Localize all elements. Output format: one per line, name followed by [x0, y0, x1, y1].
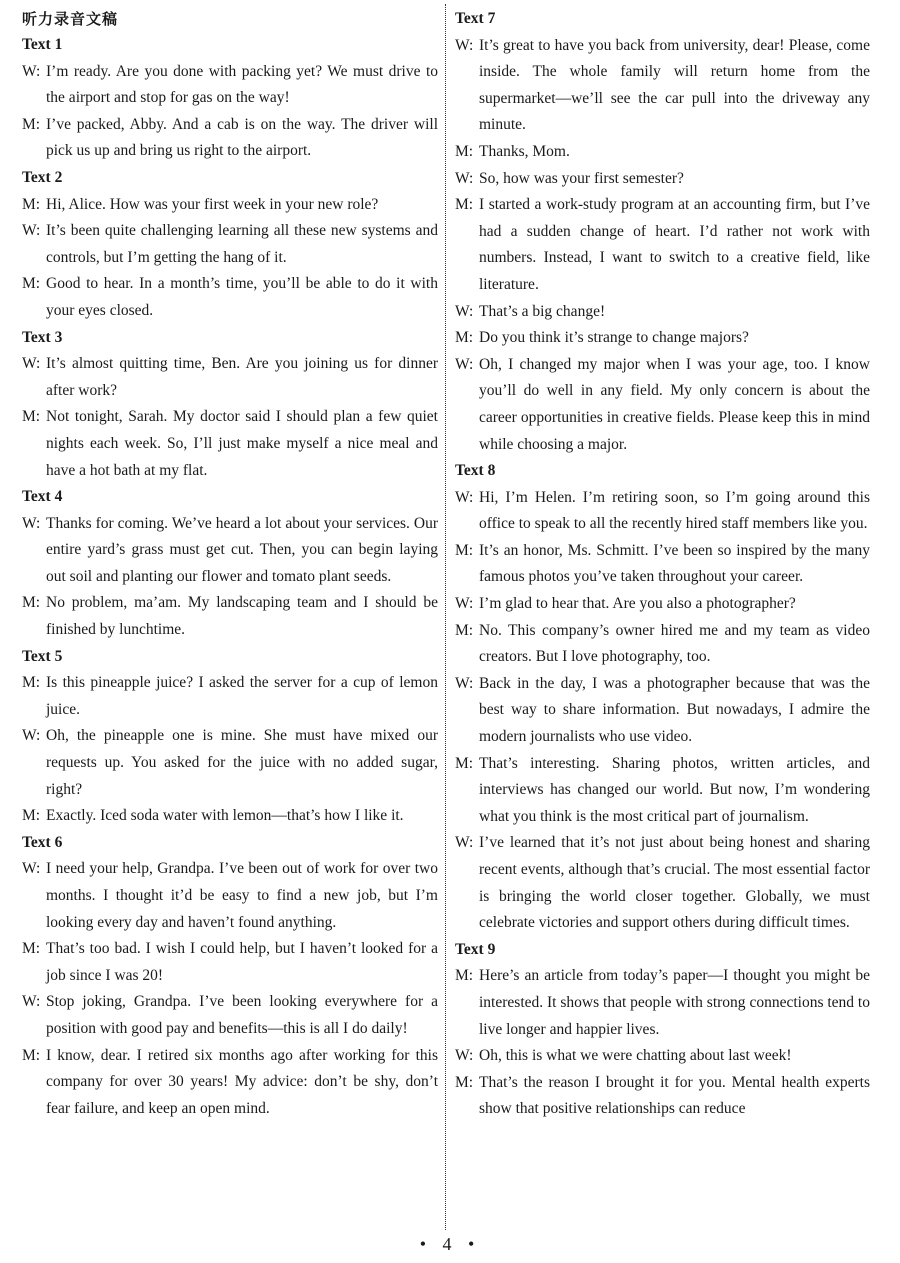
dialogue-text: Thanks, Mom. — [479, 143, 570, 160]
dialogue-turn: M:That’s the reason I brought it for you… — [455, 1070, 870, 1123]
dialogue-turn: M:Here’s an article from today’s paper—I… — [455, 963, 870, 1043]
dialogue-turn: M:That’s interesting. Sharing photos, wr… — [455, 751, 870, 831]
speaker-label: M: — [455, 139, 479, 166]
section-heading: Text 1 — [22, 32, 438, 59]
dialogue-turn: M:No. This company’s owner hired me and … — [455, 618, 870, 671]
dialogue-turn: W:I’m glad to hear that. Are you also a … — [455, 591, 870, 618]
section-heading: Text 8 — [455, 458, 870, 485]
section-heading: Text 6 — [22, 830, 438, 857]
speaker-label: M: — [455, 192, 479, 219]
dialogue-turn: W:That’s a big change! — [455, 299, 870, 326]
speaker-label: M: — [22, 803, 46, 830]
dialogue-text: Here’s an article from today’s paper—I t… — [479, 967, 870, 1037]
dialogue-text: It’s an honor, Ms. Schmitt. I’ve been so… — [479, 542, 870, 586]
speaker-label: W: — [22, 723, 46, 750]
section-heading: Text 5 — [22, 644, 438, 671]
speaker-label: M: — [455, 538, 479, 565]
right-column: Text 7W:It’s great to have you back from… — [455, 6, 870, 1123]
dialogue-turn: M:Is this pineapple juice? I asked the s… — [22, 670, 438, 723]
dialogue-text: I’m glad to hear that. Are you also a ph… — [479, 595, 796, 612]
dialogue-turn: W:It’s almost quitting time, Ben. Are yo… — [22, 351, 438, 404]
dialogue-turn: M:Do you think it’s strange to change ma… — [455, 325, 870, 352]
dialogue-text: I know, dear. I retired six months ago a… — [46, 1047, 438, 1117]
speaker-label: W: — [455, 33, 479, 60]
dialogue-text: Not tonight, Sarah. My doctor said I sho… — [46, 408, 438, 478]
dialogue-turn: W:Hi, I’m Helen. I’m retiring soon, so I… — [455, 485, 870, 538]
dialogue-text: That’s too bad. I wish I could help, but… — [46, 940, 438, 984]
transcript-section: Text 7W:It’s great to have you back from… — [455, 6, 870, 458]
dialogue-text: No problem, ma’am. My landscaping team a… — [46, 594, 438, 638]
page-number: • 4 • — [0, 1234, 900, 1255]
section-heading: Text 2 — [22, 165, 438, 192]
dialogue-turn: W:It’s great to have you back from unive… — [455, 33, 870, 139]
speaker-label: M: — [22, 112, 46, 139]
section-heading: Text 7 — [455, 6, 870, 33]
dialogue-turn: M:Exactly. Iced soda water with lemon—th… — [22, 803, 438, 830]
speaker-label: M: — [22, 590, 46, 617]
dialogue-text: I need your help, Grandpa. I’ve been out… — [46, 860, 438, 930]
speaker-label: W: — [455, 591, 479, 618]
left-column: 听力录音文稿 Text 1W:I’m ready. Are you done w… — [22, 6, 438, 1122]
dialogue-turn: W:It’s been quite challenging learning a… — [22, 218, 438, 271]
dialogue-turn: W:Back in the day, I was a photographer … — [455, 671, 870, 751]
dialogue-turn: W:Oh, this is what we were chatting abou… — [455, 1043, 870, 1070]
section-heading: Text 9 — [455, 937, 870, 964]
speaker-label: W: — [22, 511, 46, 538]
document-page: 听力录音文稿 Text 1W:I’m ready. Are you done w… — [0, 0, 900, 1263]
dialogue-text: I’m ready. Are you done with packing yet… — [46, 63, 438, 107]
dialogue-turn: M:Good to hear. In a month’s time, you’l… — [22, 271, 438, 324]
dialogue-text: I’ve packed, Abby. And a cab is on the w… — [46, 116, 438, 160]
dialogue-turn: M:Not tonight, Sarah. My doctor said I s… — [22, 404, 438, 484]
speaker-label: M: — [22, 670, 46, 697]
speaker-label: W: — [455, 1043, 479, 1070]
dialogue-text: Stop joking, Grandpa. I’ve been looking … — [46, 993, 438, 1037]
dialogue-text: Back in the day, I was a photographer be… — [479, 675, 870, 745]
dialogue-turn: M:That’s too bad. I wish I could help, b… — [22, 936, 438, 989]
transcript-section: Text 8W:Hi, I’m Helen. I’m retiring soon… — [455, 458, 870, 937]
dialogue-text: It’s great to have you back from univers… — [479, 37, 870, 134]
dialogue-text: It’s almost quitting time, Ben. Are you … — [46, 355, 438, 399]
speaker-label: W: — [455, 671, 479, 698]
speaker-label: M: — [22, 936, 46, 963]
transcript-section: Text 5M:Is this pineapple juice? I asked… — [22, 644, 438, 830]
dialogue-turn: W:Oh, I changed my major when I was your… — [455, 352, 870, 458]
transcript-section: Text 1W:I’m ready. Are you done with pac… — [22, 32, 438, 165]
transcript-section: Text 3W:It’s almost quitting time, Ben. … — [22, 325, 438, 485]
dialogue-turn: M:Thanks, Mom. — [455, 139, 870, 166]
dialogue-turn: M:I know, dear. I retired six months ago… — [22, 1043, 438, 1123]
speaker-label: M: — [22, 271, 46, 298]
speaker-label: W: — [22, 218, 46, 245]
speaker-label: W: — [22, 989, 46, 1016]
section-heading: Text 4 — [22, 484, 438, 511]
dialogue-text: That’s a big change! — [479, 303, 605, 320]
dialogue-turn: M:No problem, ma’am. My landscaping team… — [22, 590, 438, 643]
dialogue-text: That’s the reason I brought it for you. … — [479, 1074, 870, 1118]
speaker-label: W: — [455, 299, 479, 326]
speaker-label: W: — [455, 485, 479, 512]
document-title: 听力录音文稿 — [22, 6, 438, 32]
dialogue-text: It’s been quite challenging learning all… — [46, 222, 438, 266]
dialogue-text: Oh, I changed my major when I was your a… — [479, 356, 870, 453]
speaker-label: W: — [455, 830, 479, 857]
dialogue-turn: M:I’ve packed, Abby. And a cab is on the… — [22, 112, 438, 165]
dialogue-turn: M:I started a work-study program at an a… — [455, 192, 870, 298]
dialogue-turn: W:Thanks for coming. We’ve heard a lot a… — [22, 511, 438, 591]
dialogue-turn: W:Stop joking, Grandpa. I’ve been lookin… — [22, 989, 438, 1042]
dialogue-text: Oh, this is what we were chatting about … — [479, 1047, 792, 1064]
dialogue-text: Hi, Alice. How was your first week in yo… — [46, 196, 378, 213]
dialogue-text: That’s interesting. Sharing photos, writ… — [479, 755, 870, 825]
transcript-section: Text 4W:Thanks for coming. We’ve heard a… — [22, 484, 438, 644]
dialogue-turn: M:Hi, Alice. How was your first week in … — [22, 192, 438, 219]
speaker-label: M: — [22, 1043, 46, 1070]
speaker-label: M: — [22, 404, 46, 431]
transcript-section: Text 9M:Here’s an article from today’s p… — [455, 937, 870, 1123]
left-sections: Text 1W:I’m ready. Are you done with pac… — [22, 32, 438, 1122]
dialogue-text: No. This company’s owner hired me and my… — [479, 622, 870, 666]
transcript-section: Text 2M:Hi, Alice. How was your first we… — [22, 165, 438, 325]
column-divider — [445, 4, 446, 1230]
dialogue-turn: W:So, how was your first semester? — [455, 166, 870, 193]
dialogue-text: Do you think it’s strange to change majo… — [479, 329, 749, 346]
dialogue-text: I started a work-study program at an acc… — [479, 196, 870, 293]
speaker-label: M: — [455, 963, 479, 990]
speaker-label: M: — [455, 325, 479, 352]
dialogue-turn: W:I’m ready. Are you done with packing y… — [22, 59, 438, 112]
dialogue-text: Oh, the pineapple one is mine. She must … — [46, 727, 438, 797]
speaker-label: W: — [22, 856, 46, 883]
dialogue-turn: M:It’s an honor, Ms. Schmitt. I’ve been … — [455, 538, 870, 591]
dialogue-text: Is this pineapple juice? I asked the ser… — [46, 674, 438, 718]
dialogue-text: So, how was your first semester? — [479, 170, 684, 187]
transcript-section: Text 6W:I need your help, Grandpa. I’ve … — [22, 830, 438, 1123]
dialogue-text: Exactly. Iced soda water with lemon—that… — [46, 807, 404, 824]
speaker-label: M: — [455, 1070, 479, 1097]
dialogue-text: Hi, I’m Helen. I’m retiring soon, so I’m… — [479, 489, 870, 533]
dialogue-text: Good to hear. In a month’s time, you’ll … — [46, 275, 438, 319]
dialogue-text: Thanks for coming. We’ve heard a lot abo… — [46, 515, 438, 585]
speaker-label: W: — [455, 352, 479, 379]
dialogue-turn: W:Oh, the pineapple one is mine. She mus… — [22, 723, 438, 803]
speaker-label: W: — [455, 166, 479, 193]
speaker-label: W: — [22, 351, 46, 378]
dialogue-text: I’ve learned that it’s not just about be… — [479, 834, 870, 931]
section-heading: Text 3 — [22, 325, 438, 352]
speaker-label: M: — [455, 618, 479, 645]
speaker-label: M: — [455, 751, 479, 778]
speaker-label: M: — [22, 192, 46, 219]
dialogue-turn: W:I’ve learned that it’s not just about … — [455, 830, 870, 936]
right-sections: Text 7W:It’s great to have you back from… — [455, 6, 870, 1123]
dialogue-turn: W:I need your help, Grandpa. I’ve been o… — [22, 856, 438, 936]
speaker-label: W: — [22, 59, 46, 86]
